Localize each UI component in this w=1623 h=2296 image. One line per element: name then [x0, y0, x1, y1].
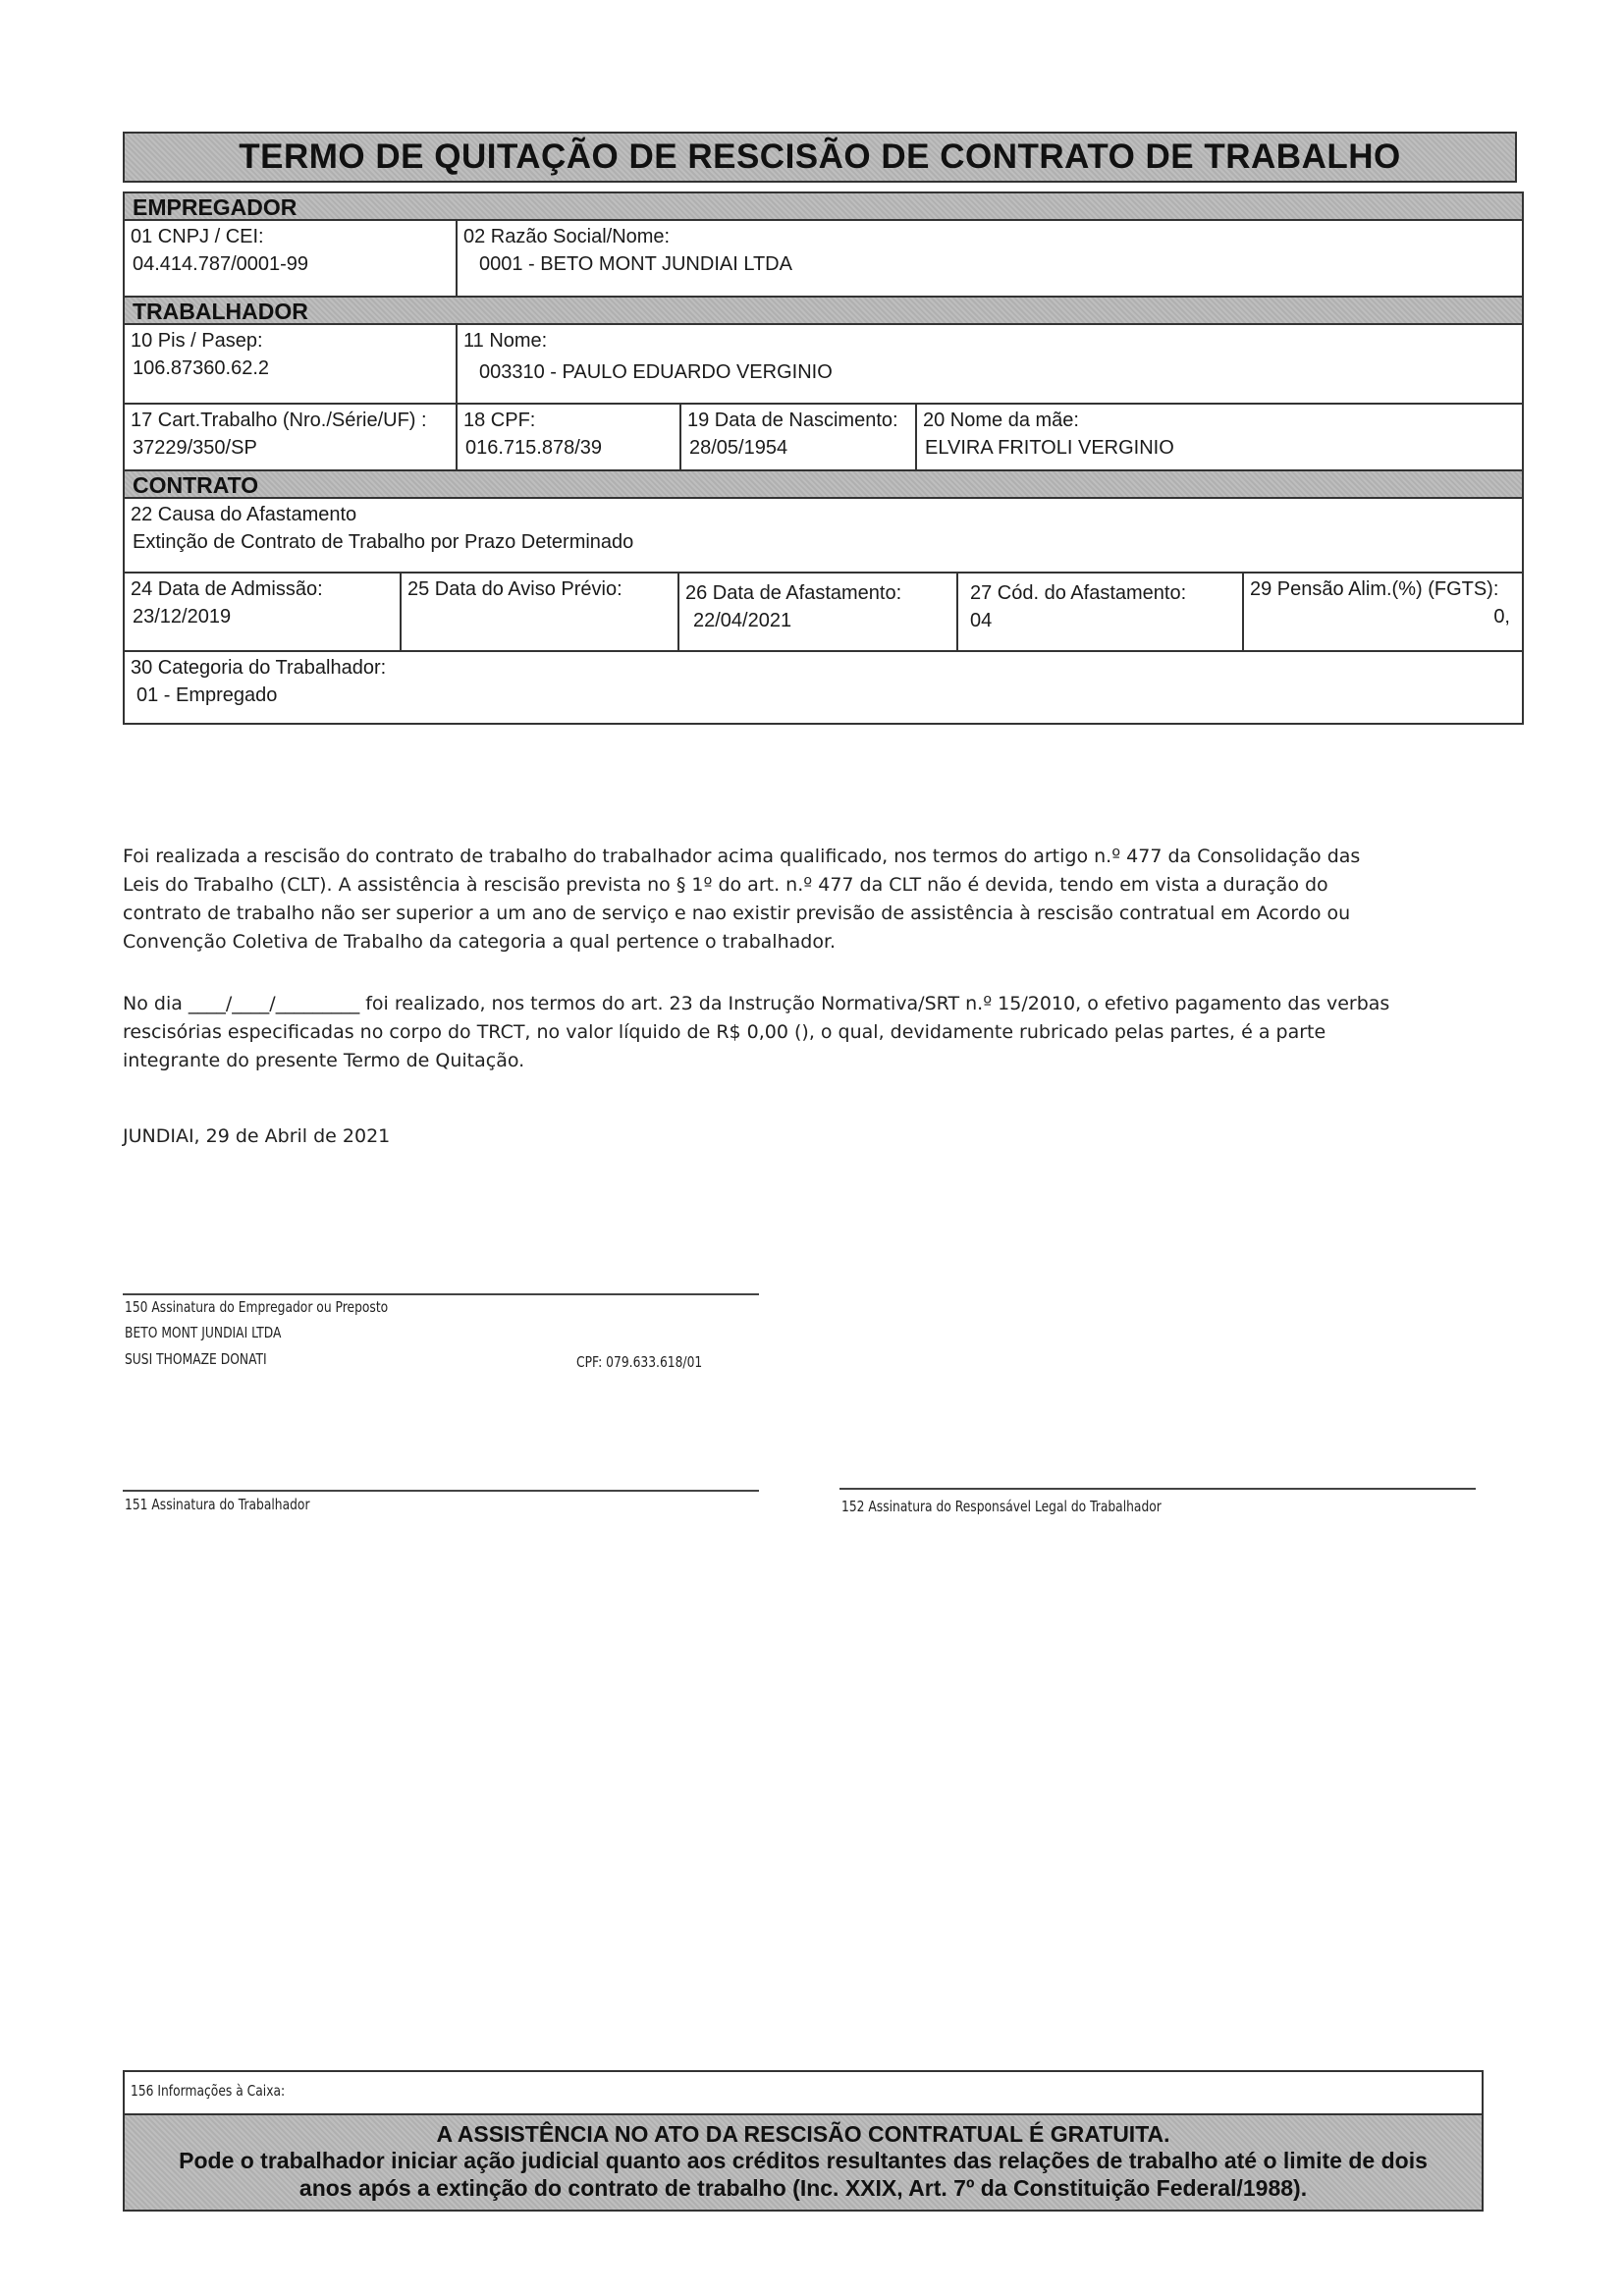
section-header-contrato: CONTRATO: [125, 471, 1522, 499]
field-cpf: 18 CPF: 016.715.878/39: [458, 405, 681, 469]
field-data-afastamento: 26 Data de Afastamento: 22/04/2021: [679, 574, 958, 650]
aviso-previo-label: 25 Data do Aviso Prévio:: [407, 576, 672, 602]
cod-afastamento-label: 27 Cód. do Afastamento:: [964, 576, 1236, 606]
document-title: TERMO DE QUITAÇÃO DE RESCISÃO DE CONTRAT…: [239, 137, 1400, 177]
data-afastamento-label: 26 Data de Afastamento:: [685, 576, 950, 606]
field-nome: 11 Nome: 003310 - PAULO EDUARDO VERGINIO: [458, 325, 1522, 403]
worker-signature-line[interactable]: [123, 1490, 759, 1492]
causa-afastamento-label: 22 Causa do Afastamento: [131, 502, 1516, 527]
nome-label: 11 Nome:: [463, 328, 1516, 354]
field-nome-mae: 20 Nome da mãe: ELVIRA FRITOLI VERGINIO: [917, 405, 1522, 469]
razao-social-value: 0001 - BETO MONT JUNDIAI LTDA: [463, 249, 1516, 279]
contrato-row-causa: 22 Causa do Afastamento Extinção de Cont…: [125, 499, 1522, 574]
data-afastamento-value: 22/04/2021: [685, 606, 950, 635]
categoria-label: 30 Categoria do Trabalhador:: [131, 655, 1516, 681]
caixa-info-label: 156 Informações à Caixa:: [131, 2082, 285, 2100]
cod-afastamento-value: 04: [964, 606, 1236, 635]
field-causa-afastamento: 22 Causa do Afastamento Extinção de Cont…: [125, 499, 1522, 572]
nome-value: 003310 - PAULO EDUARDO VERGINIO: [463, 354, 1516, 387]
field-cod-afastamento: 27 Cód. do Afastamento: 04: [958, 574, 1244, 650]
nome-mae-value: ELVIRA FRITOLI VERGINIO: [923, 433, 1516, 463]
contrato-row-categoria: 30 Categoria do Trabalhador: 01 - Empreg…: [125, 652, 1522, 723]
worker-signature-label: 151 Assinatura do Trabalhador: [125, 1496, 310, 1513]
gratuity-notice-title: A ASSISTÊNCIA NO ATO DA RESCISÃO CONTRAT…: [133, 2121, 1474, 2147]
place-date: JUNDIAI, 29 de Abril de 2021: [123, 1122, 390, 1151]
field-data-admissao: 24 Data de Admissão: 23/12/2019: [125, 574, 402, 650]
data-nascimento-label: 19 Data de Nascimento:: [687, 408, 909, 433]
field-categoria-trabalhador: 30 Categoria do Trabalhador: 01 - Empreg…: [125, 652, 1522, 723]
ctps-label: 17 Cart.Trabalho (Nro./Série/UF) :: [131, 408, 450, 433]
employer-company: BETO MONT JUNDIAI LTDA: [125, 1324, 281, 1341]
causa-afastamento-value: Extinção de Contrato de Trabalho por Pra…: [131, 527, 1516, 557]
employer-signer-name: SUSI THOMAZE DONATI: [125, 1350, 267, 1368]
pis-value: 106.87360.62.2: [131, 354, 450, 383]
section-header-trabalhador: TRABALHADOR: [125, 298, 1522, 325]
empregador-row: 01 CNPJ / CEI: 04.414.787/0001-99 02 Raz…: [125, 221, 1522, 298]
trct-form: EMPREGADOR 01 CNPJ / CEI: 04.414.787/000…: [123, 191, 1524, 725]
field-razao-social: 02 Razão Social/Nome: 0001 - BETO MONT J…: [458, 221, 1522, 296]
section-header-empregador: EMPREGADOR: [125, 193, 1522, 221]
field-aviso-previo: 25 Data do Aviso Prévio:: [402, 574, 679, 650]
field-ctps: 17 Cart.Trabalho (Nro./Série/UF) : 37229…: [125, 405, 458, 469]
gratuity-notice-line-2: anos após a extinção do contrato de trab…: [133, 2174, 1474, 2202]
contrato-row-datas: 24 Data de Admissão: 23/12/2019 25 Data …: [125, 574, 1522, 652]
cnpj-value: 04.414.787/0001-99: [131, 249, 450, 279]
trabalhador-row-2: 17 Cart.Trabalho (Nro./Série/UF) : 37229…: [125, 405, 1522, 471]
caixa-info-row: 156 Informações à Caixa:: [125, 2072, 1482, 2115]
field-data-nascimento: 19 Data de Nascimento: 28/05/1954: [681, 405, 917, 469]
ctps-value: 37229/350/SP: [131, 433, 450, 463]
cpf-value: 016.715.878/39: [463, 433, 674, 463]
nome-mae-label: 20 Nome da mãe:: [923, 408, 1516, 433]
gratuity-notice-line-1: Pode o trabalhador iniciar ação judicial…: [133, 2147, 1474, 2174]
employer-signature-line[interactable]: [123, 1293, 759, 1295]
cnpj-label: 01 CNPJ / CEI:: [131, 224, 450, 249]
razao-social-label: 02 Razão Social/Nome:: [463, 224, 1516, 249]
employer-signer-cpf: CPF: 079.633.618/01: [576, 1353, 702, 1371]
data-admissao-label: 24 Data de Admissão:: [131, 576, 394, 602]
data-nascimento-value: 28/05/1954: [687, 433, 909, 463]
cpf-label: 18 CPF:: [463, 408, 674, 433]
trabalhador-row-1: 10 Pis / Pasep: 106.87360.62.2 11 Nome: …: [125, 325, 1522, 405]
legal-rep-signature-label: 152 Assinatura do Responsável Legal do T…: [841, 1498, 1162, 1515]
gratuity-notice: A ASSISTÊNCIA NO ATO DA RESCISÃO CONTRAT…: [125, 2115, 1482, 2210]
employer-signature-label: 150 Assinatura do Empregador ou Preposto: [125, 1298, 388, 1316]
data-admissao-value: 23/12/2019: [131, 602, 394, 631]
pensao-alim-label: 29 Pensão Alim.(%) (FGTS):: [1250, 576, 1516, 602]
document-title-bar: TERMO DE QUITAÇÃO DE RESCISÃO DE CONTRAT…: [123, 132, 1517, 183]
field-pensao-alim: 29 Pensão Alim.(%) (FGTS): 0,: [1244, 574, 1522, 650]
caixa-info-box: 156 Informações à Caixa: A ASSISTÊNCIA N…: [123, 2070, 1484, 2212]
field-pis: 10 Pis / Pasep: 106.87360.62.2: [125, 325, 458, 403]
field-cnpj: 01 CNPJ / CEI: 04.414.787/0001-99: [125, 221, 458, 296]
pensao-alim-value: 0,: [1250, 602, 1516, 631]
legal-rep-signature-line[interactable]: [839, 1488, 1476, 1490]
pis-label: 10 Pis / Pasep:: [131, 328, 450, 354]
pagamento-paragraph: No dia ____/____/_________ foi realizado…: [123, 990, 1399, 1075]
rescisao-paragraph: Foi realizada a rescisão do contrato de …: [123, 843, 1399, 957]
categoria-value: 01 - Empregado: [131, 681, 1516, 710]
